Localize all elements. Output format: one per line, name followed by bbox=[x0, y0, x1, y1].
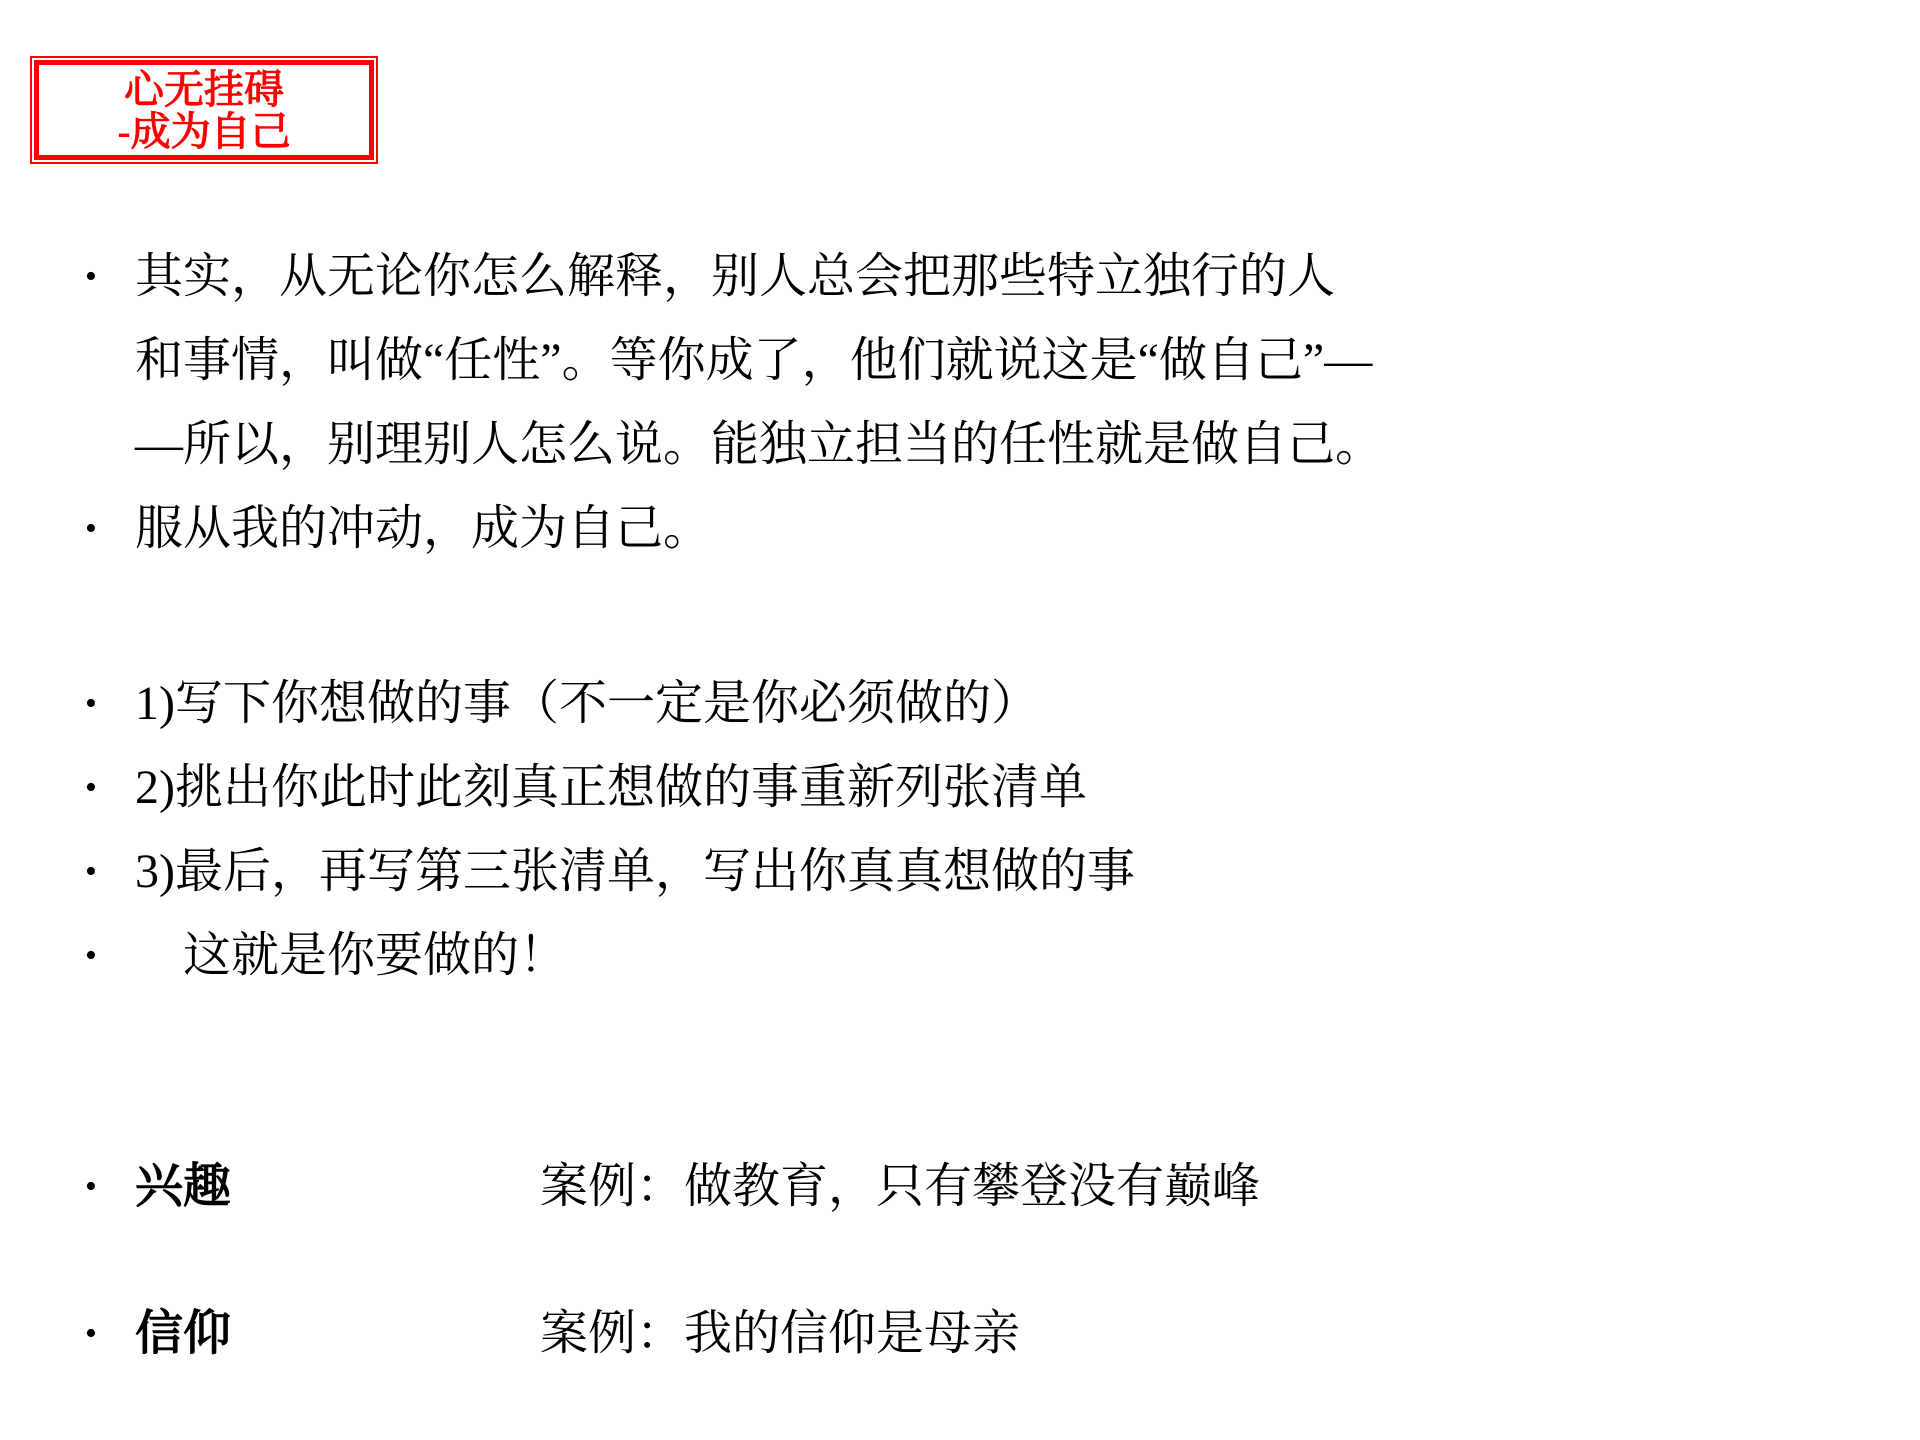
term-label: 兴趣 bbox=[135, 1145, 540, 1229]
step-item: • 这就是你要做的！ bbox=[85, 914, 1885, 998]
step-item: • 3)最后，再写第三张清单，写出你真真想做的事 bbox=[85, 830, 1885, 914]
intro-section: • 其实，从无论你怎么解释，别人总会把那些特立独行的人 和事情，叫做“任性”。等… bbox=[85, 235, 1885, 571]
term-row: • 信仰 案例：我的信仰是母亲 bbox=[85, 1292, 1885, 1376]
slide-title-line-1: 心无挂碍 bbox=[41, 69, 367, 111]
bullet-icon: • bbox=[85, 235, 135, 319]
title-box-inner-border: 心无挂碍 -成为自己 bbox=[34, 60, 374, 160]
intro-paragraph-2: • 服从我的冲动，成为自己。 bbox=[85, 487, 1885, 571]
bullet-icon: • bbox=[85, 746, 135, 830]
title-box: 心无挂碍 -成为自己 bbox=[30, 56, 378, 164]
bullet-icon: • bbox=[85, 1292, 135, 1376]
step-item: • 2)挑出你此时此刻真正想做的事重新列张清单 bbox=[85, 746, 1885, 830]
intro-paragraph-1: • 其实，从无论你怎么解释，别人总会把那些特立独行的人 和事情，叫做“任性”。等… bbox=[85, 235, 1885, 487]
term-row-interest: • 兴趣 案例：做教育，只有攀登没有巅峰 bbox=[85, 1145, 1885, 1229]
slide-canvas: 心无挂碍 -成为自己 • 其实，从无论你怎么解释，别人总会把那些特立独行的人 和… bbox=[0, 0, 1920, 1440]
step-item-text: 1)写下你想做的事（不一定是你必须做的） bbox=[135, 662, 1039, 746]
intro-paragraph-1-text: 其实，从无论你怎么解释，别人总会把那些特立独行的人 和事情，叫做“任性”。等你成… bbox=[135, 235, 1383, 487]
intro-line: 和事情，叫做“任性”。等你成了，他们就说这是“做自己”— bbox=[135, 319, 1383, 403]
intro-line: —所以，别理别人怎么说。能独立担当的任性就是做自己。 bbox=[135, 403, 1383, 487]
step-item-text: 这就是你要做的！ bbox=[135, 914, 567, 998]
intro-paragraph-2-text: 服从我的冲动，成为自己。 bbox=[135, 487, 711, 571]
case-text: 案例：我的信仰是母亲 bbox=[540, 1292, 1020, 1376]
step-item: • 1)写下你想做的事（不一定是你必须做的） bbox=[85, 662, 1885, 746]
term-row: • 兴趣 案例：做教育，只有攀登没有巅峰 bbox=[85, 1145, 1885, 1229]
slide-title-line-2: -成为自己 bbox=[41, 111, 367, 153]
term-row-faith: • 信仰 案例：我的信仰是母亲 bbox=[85, 1292, 1885, 1376]
step-item-text: 3)最后，再写第三张清单，写出你真真想做的事 bbox=[135, 830, 1135, 914]
intro-line: 其实，从无论你怎么解释，别人总会把那些特立独行的人 bbox=[135, 235, 1383, 319]
step-item-text: 2)挑出你此时此刻真正想做的事重新列张清单 bbox=[135, 746, 1087, 830]
bullet-icon: • bbox=[85, 1145, 135, 1229]
bullet-icon: • bbox=[85, 662, 135, 746]
bullet-icon: • bbox=[85, 487, 135, 571]
bullet-icon: • bbox=[85, 914, 135, 998]
case-text: 案例：做教育，只有攀登没有巅峰 bbox=[540, 1145, 1260, 1229]
term-label: 信仰 bbox=[135, 1292, 540, 1376]
steps-section: • 1)写下你想做的事（不一定是你必须做的） • 2)挑出你此时此刻真正想做的事… bbox=[85, 662, 1885, 998]
bullet-icon: • bbox=[85, 830, 135, 914]
